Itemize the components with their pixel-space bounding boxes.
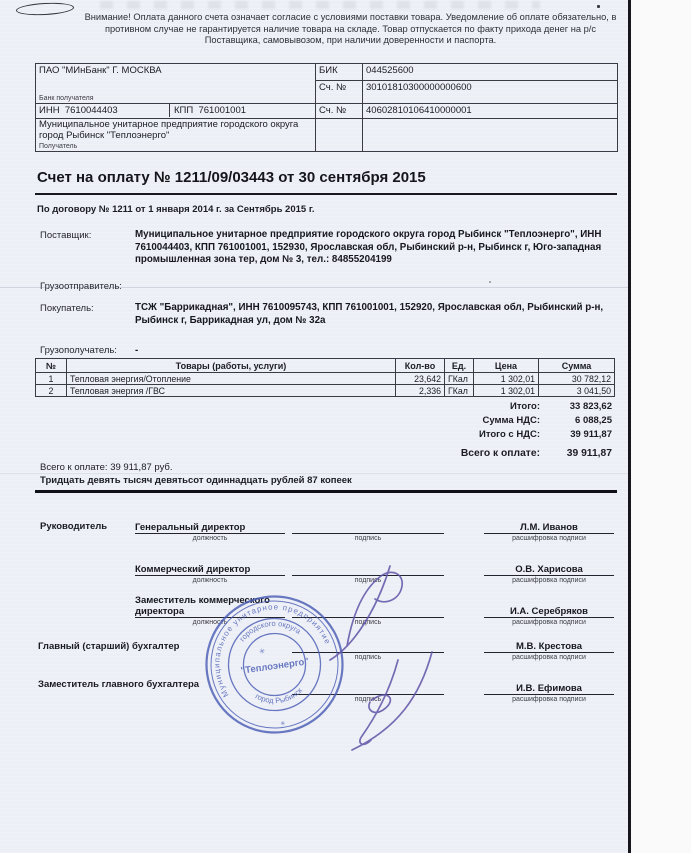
consignee-label: Грузополучатель: [40,345,117,356]
item-unit: ГКал [445,373,474,385]
col-header-unit: Ед. [445,359,474,373]
recipient-caption: Получатель [39,143,77,150]
scan-artifact-oval [16,1,75,16]
title-divider [35,193,617,195]
item-unit: ГКал [445,385,474,397]
position-line: Генеральный директор должность [135,533,285,542]
signature-line: подпись [292,533,444,542]
col-header-goods: Товары (работы, услуги) [67,359,396,373]
bank-name-cell: ПАО "МИнБанк" Г. МОСКВА Банк получателя [36,64,316,104]
kpp-label: КПП [174,105,193,116]
item-price: 1 302,01 [474,385,539,397]
signer-role: Заместитель главного бухгалтера [38,679,199,690]
supplier-value: Муниципальное унитарное предприятие горо… [135,229,610,267]
total-with-vat-value: 39 911,87 [480,429,612,440]
bik-value: 044525600 [363,64,618,81]
decode-caption: расшифровка подписи [484,618,614,626]
stamp-star-icon: ✳ [280,720,286,728]
account-value: 40602810106410000001 [363,104,618,119]
item-sum: 3 041,50 [539,385,615,397]
scan-margin [631,0,691,853]
signature-caption: подпись [292,576,444,584]
signer-name: М.В. Крестова [484,641,614,652]
buyer-label: Покупатель: [40,303,94,314]
scan-artifact-dot [597,5,600,8]
position-text: Генеральный директор [135,522,285,533]
items-table: № Товары (работы, услуги) Кол-во Ед. Цен… [35,358,615,397]
position-caption: должность [135,534,285,542]
decode-caption: расшифровка подписи [484,653,614,661]
paper-crease [0,473,628,474]
kpp-value: 761001001 [198,105,246,116]
decode-caption: расшифровка подписи [484,576,614,584]
contract-line: По договору № 1211 от 1 января 2014 г. з… [37,204,314,215]
position-text: Коммерческий директор [135,564,285,575]
item-goods: Тепловая энергия /ГВС [67,385,396,397]
amount-summary: Всего к оплате: 39 911,87 руб. [40,462,173,473]
kpp-cell: КПП 761001001 [169,104,315,117]
item-qty: 2,336 [396,385,445,397]
item-sum: 30 782,12 [539,373,615,385]
corr-account-value: 30101810300000000600 [363,81,618,104]
stamp-star-icon: ✳ [259,647,266,656]
col-header-price: Цена [474,359,539,373]
item-num: 1 [36,373,67,385]
table-row: 2 Тепловая энергия /ГВС 2,336 ГКал 1 302… [36,385,615,397]
signer-role: Руководитель [40,521,107,532]
consignee-value: - [135,345,610,358]
decode-caption: расшифровка подписи [484,695,614,703]
col-header-sum: Сумма [539,359,615,373]
bank-name: ПАО "МИнБанк" Г. МОСКВА [39,65,162,76]
stamp-center-text: "Теплоэнерго" [240,656,310,676]
name-line: О.В. Харисова расшифровка подписи [484,575,614,584]
item-price: 1 302,01 [474,373,539,385]
col-header-num: № [36,359,67,373]
name-line: М.В. Крестова расшифровка подписи [484,652,614,661]
inn-kpp-cell: ИНН 7610044403 КПП 761001001 [36,104,316,119]
invoice-title: Счет на оплату № 1211/09/03443 от 30 сен… [37,169,426,186]
company-stamp: Муниципальное унитарное предприятие горо… [202,592,347,737]
empty-cell [363,119,618,152]
recipient-name: Муниципальное унитарное предприятие горо… [39,120,312,141]
bik-label: БИК [316,64,363,81]
name-line: И.А. Серебряков расшифровка подписи [484,617,614,626]
shipper-label: Грузоотправитель: [40,281,122,292]
signer-name: Л.М. Иванов [484,522,614,533]
signer-role: Главный (старший) бухгалтер [38,641,179,652]
signer-name: И.В. Ефимова [484,683,614,694]
amount-in-words: Тридцать девять тысяч девятьсот одиннадц… [40,475,352,486]
bank-name-caption: Банк получателя [39,95,94,102]
bank-details-table: ПАО "МИнБанк" Г. МОСКВА Банк получателя … [35,63,618,152]
inn-cell: ИНН 7610044403 [36,104,169,117]
position-caption: должность [135,576,285,584]
item-goods: Тепловая энергия/Отопление [67,373,396,385]
buyer-value: ТСЖ "Баррикадная", ИНН 7610095743, КПП 7… [135,302,610,327]
payment-notice-text: Внимание! Оплата данного счета означает … [78,12,623,47]
inn-label: ИНН [39,105,60,116]
item-num: 2 [36,385,67,397]
col-header-qty: Кол-во [396,359,445,373]
empty-cell [316,119,363,152]
signature-line: подпись [292,575,444,584]
signer-name: О.В. Харисова [484,564,614,575]
vat-value: 6 088,25 [480,415,612,426]
signature-caption: подпись [292,534,444,542]
section-divider [35,490,617,493]
name-line: Л.М. Иванов расшифровка подписи [484,533,614,542]
grand-total-value: 39 911,87 [470,448,612,459]
scan-bleed-through [100,1,540,9]
account-label: Сч. № [316,104,363,119]
decode-caption: расшифровка подписи [484,534,614,542]
name-line: И.В. Ефимова расшифровка подписи [484,694,614,703]
position-line: Коммерческий директор должность [135,575,285,584]
item-qty: 23,642 [396,373,445,385]
corr-account-label: Сч. № [316,81,363,104]
scan-artifact-dot [489,281,491,283]
inn-value: 7610044403 [65,105,118,116]
items-header-row: № Товары (работы, услуги) Кол-во Ед. Цен… [36,359,615,373]
invoice-scan-page: Внимание! Оплата данного счета означает … [0,0,691,853]
supplier-label: Поставщик: [40,230,91,241]
table-row: 1 Тепловая энергия/Отопление 23,642 ГКал… [36,373,615,385]
signer-name: И.А. Серебряков [484,606,614,617]
recipient-cell: Муниципальное унитарное предприятие горо… [36,119,316,152]
stamp-outer-ring-text: Муниципальное унитарное предприятие [204,595,338,700]
total-value: 33 823,62 [480,401,612,412]
